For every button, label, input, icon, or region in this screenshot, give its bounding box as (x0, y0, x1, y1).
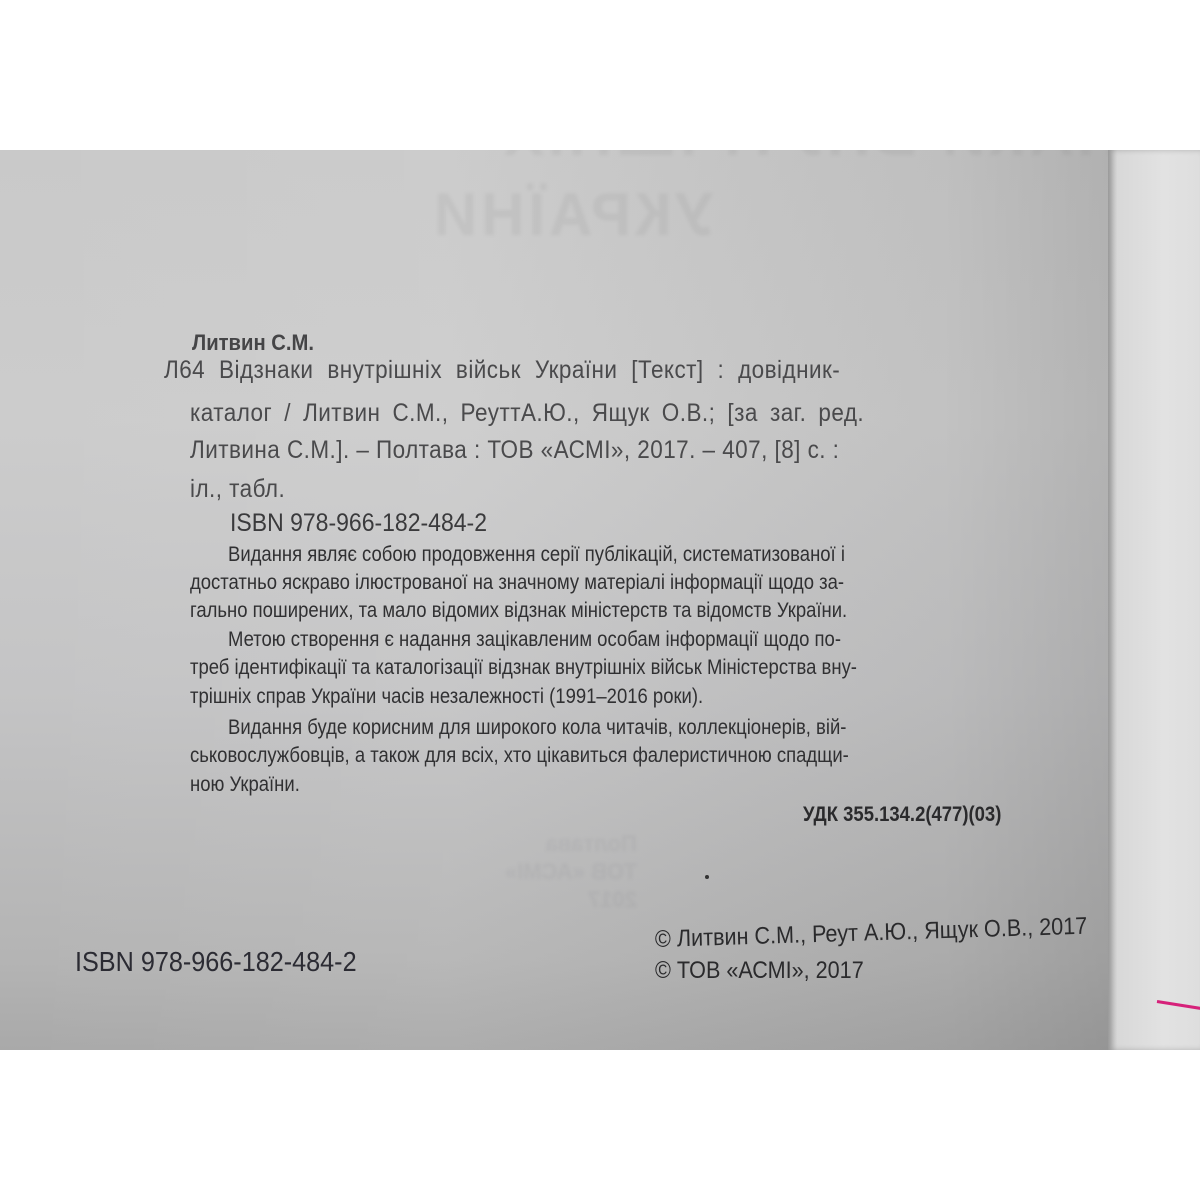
annotation-line: ною України. (190, 770, 300, 800)
annotation-line: гально поширених, та мало відомих відзна… (190, 596, 847, 626)
bleed-through-line: 2017 (505, 886, 637, 914)
catalog-entry-line: іл., табл. (190, 474, 285, 504)
catalog-author-heading: Литвин С.М. (192, 328, 314, 358)
annotation-line: Метою створення є надання зацікавленим о… (228, 625, 841, 655)
catalog-entry-line: Литвина С.М.]. – Полтава : ТОВ «АСМІ», 2… (190, 435, 839, 465)
footer-isbn: ISBN 978-966-182-484-2 (75, 945, 357, 979)
annotation-line: Видання буде корисним для широкого кола … (228, 713, 846, 743)
paper-speck (705, 875, 709, 879)
bleed-through-line: Полтава (505, 830, 637, 858)
catalog-isbn: ISBN 978-966-182-484-2 (230, 508, 487, 538)
bleed-through-imprint: Полтава ТОВ «АСМІ» 2017 (505, 830, 637, 914)
annotation-line: ськовослужбовців, а також для всіх, хто … (190, 741, 849, 771)
book-page-photo: ВІДЗНАКИ ВНУТРІШНІХ УКРАЇНИ Полтава ТОВ … (0, 150, 1200, 1050)
annotation-line: трішніх справ України часів незалежності… (190, 682, 703, 712)
annotation-line: треб ідентифікації та каталогізації відз… (190, 653, 857, 683)
copyright-publisher: © ТОВ «АСМІ», 2017 (655, 956, 864, 986)
udk-code: УДК 355.134.2(477)(03) (803, 800, 1001, 830)
right-page-edge (1108, 150, 1200, 1050)
left-page: ВІДЗНАКИ ВНУТРІШНІХ УКРАЇНИ Полтава ТОВ … (0, 150, 1112, 1050)
annotation-line: Видання являє собою продовження серії пу… (228, 540, 845, 570)
catalog-entry-line: Л64 Відзнаки внутрішніх військ України [… (164, 355, 840, 385)
bleed-through-title: УКРАЇНИ (430, 180, 713, 249)
catalog-entry-line: каталог / Литвин С.М., РеуттА.Ю., Ящук О… (190, 398, 864, 428)
annotation-line: достатньо яскраво ілюстрованої на значно… (190, 568, 844, 598)
bleed-through-line: ТОВ «АСМІ» (505, 858, 637, 886)
bleed-through-title-upper: ВІДЗНАКИ ВНУТРІШНІХ (500, 150, 1200, 169)
copyright-authors: © Литвин С.М., Реут А.Ю., Ящук О.В., 201… (655, 912, 1088, 955)
